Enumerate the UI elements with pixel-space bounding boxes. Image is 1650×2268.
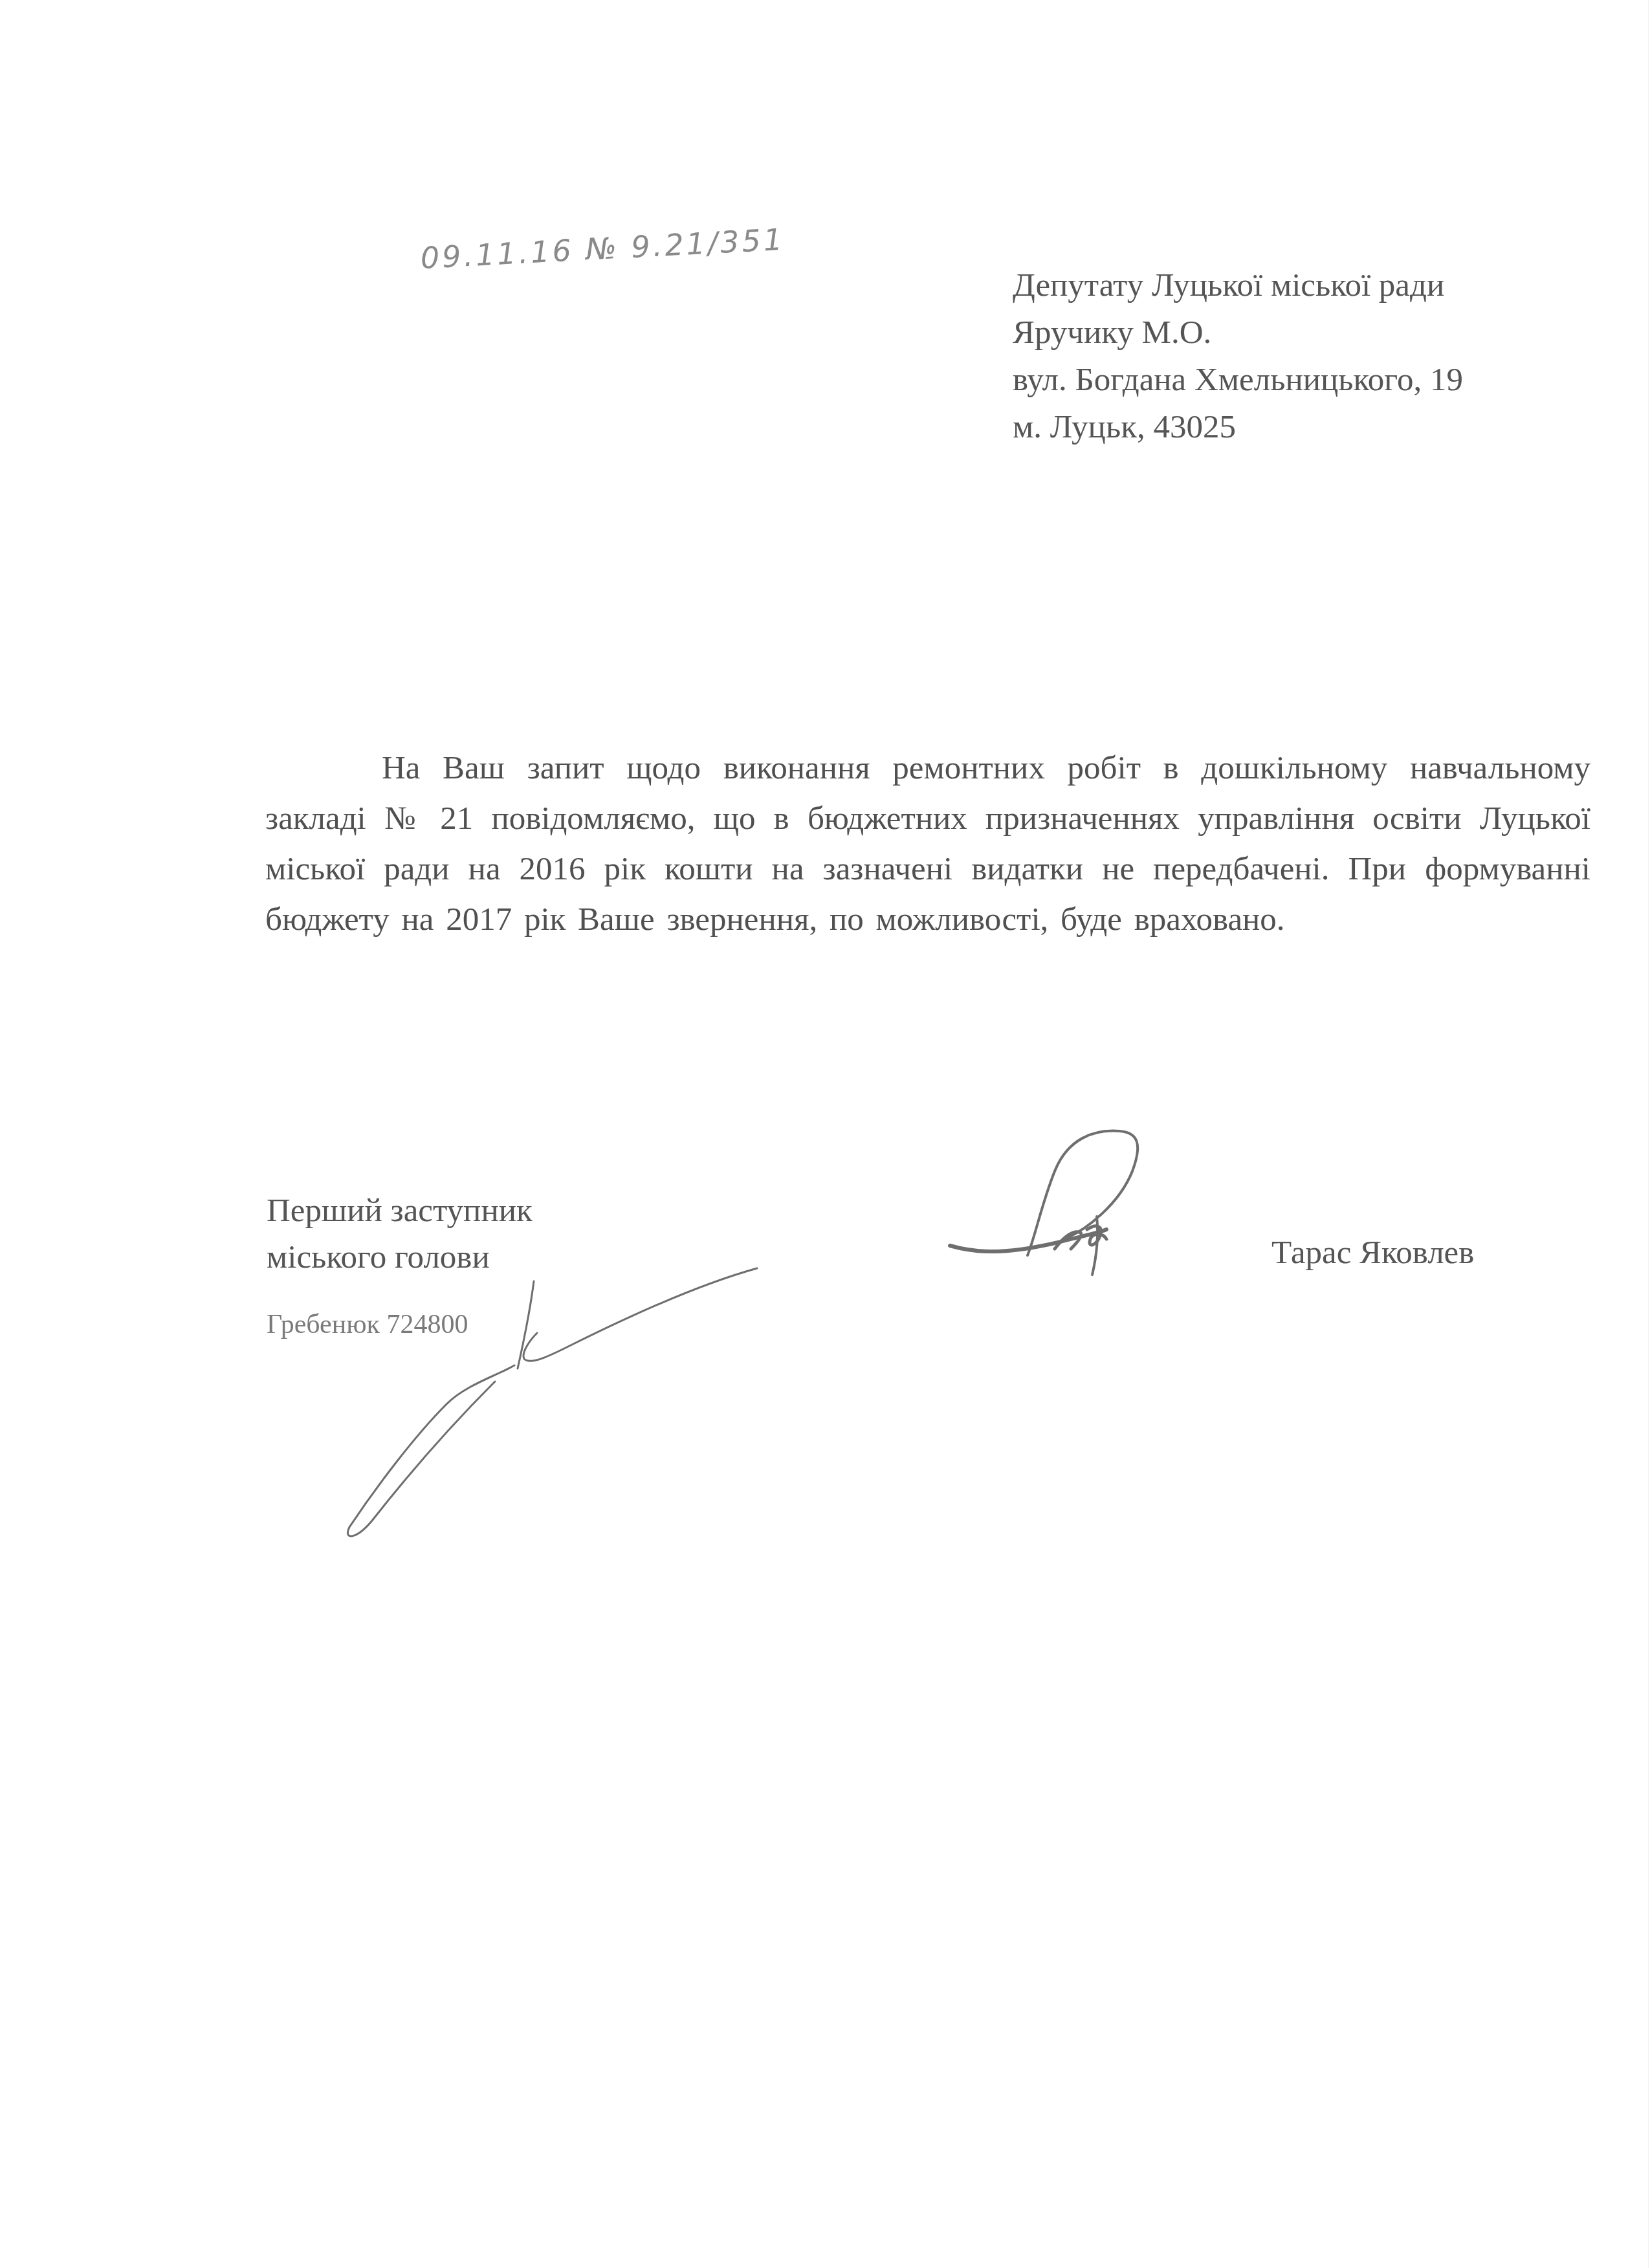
letter-body: На Ваш запит щодо виконання ремонтних ро…: [265, 743, 1590, 945]
initial-signature-icon: [336, 1255, 776, 1540]
signer-name: Тарас Яковлев: [1271, 1234, 1474, 1272]
handwritten-registration-number: 09.11.16 № 9.21/351: [420, 222, 786, 276]
handwritten-signature-icon: [945, 1126, 1216, 1294]
addressee-line-name: Яручику М.О.: [1013, 309, 1463, 357]
addressee-line-street: вул. Богдана Хмельницького, 19: [1013, 357, 1463, 404]
scan-edge-line: [1648, 0, 1649, 2268]
addressee-line-position: Депутату Луцької міської ради: [1013, 262, 1463, 309]
scanned-letter-page: 09.11.16 № 9.21/351 Депутату Луцької міс…: [0, 0, 1650, 2268]
signer-title-line-1: Перший заступник: [267, 1187, 533, 1234]
addressee-block: Депутату Луцької міської ради Яручику М.…: [1013, 262, 1463, 451]
addressee-line-city: м. Луцьк, 43025: [1013, 404, 1463, 451]
